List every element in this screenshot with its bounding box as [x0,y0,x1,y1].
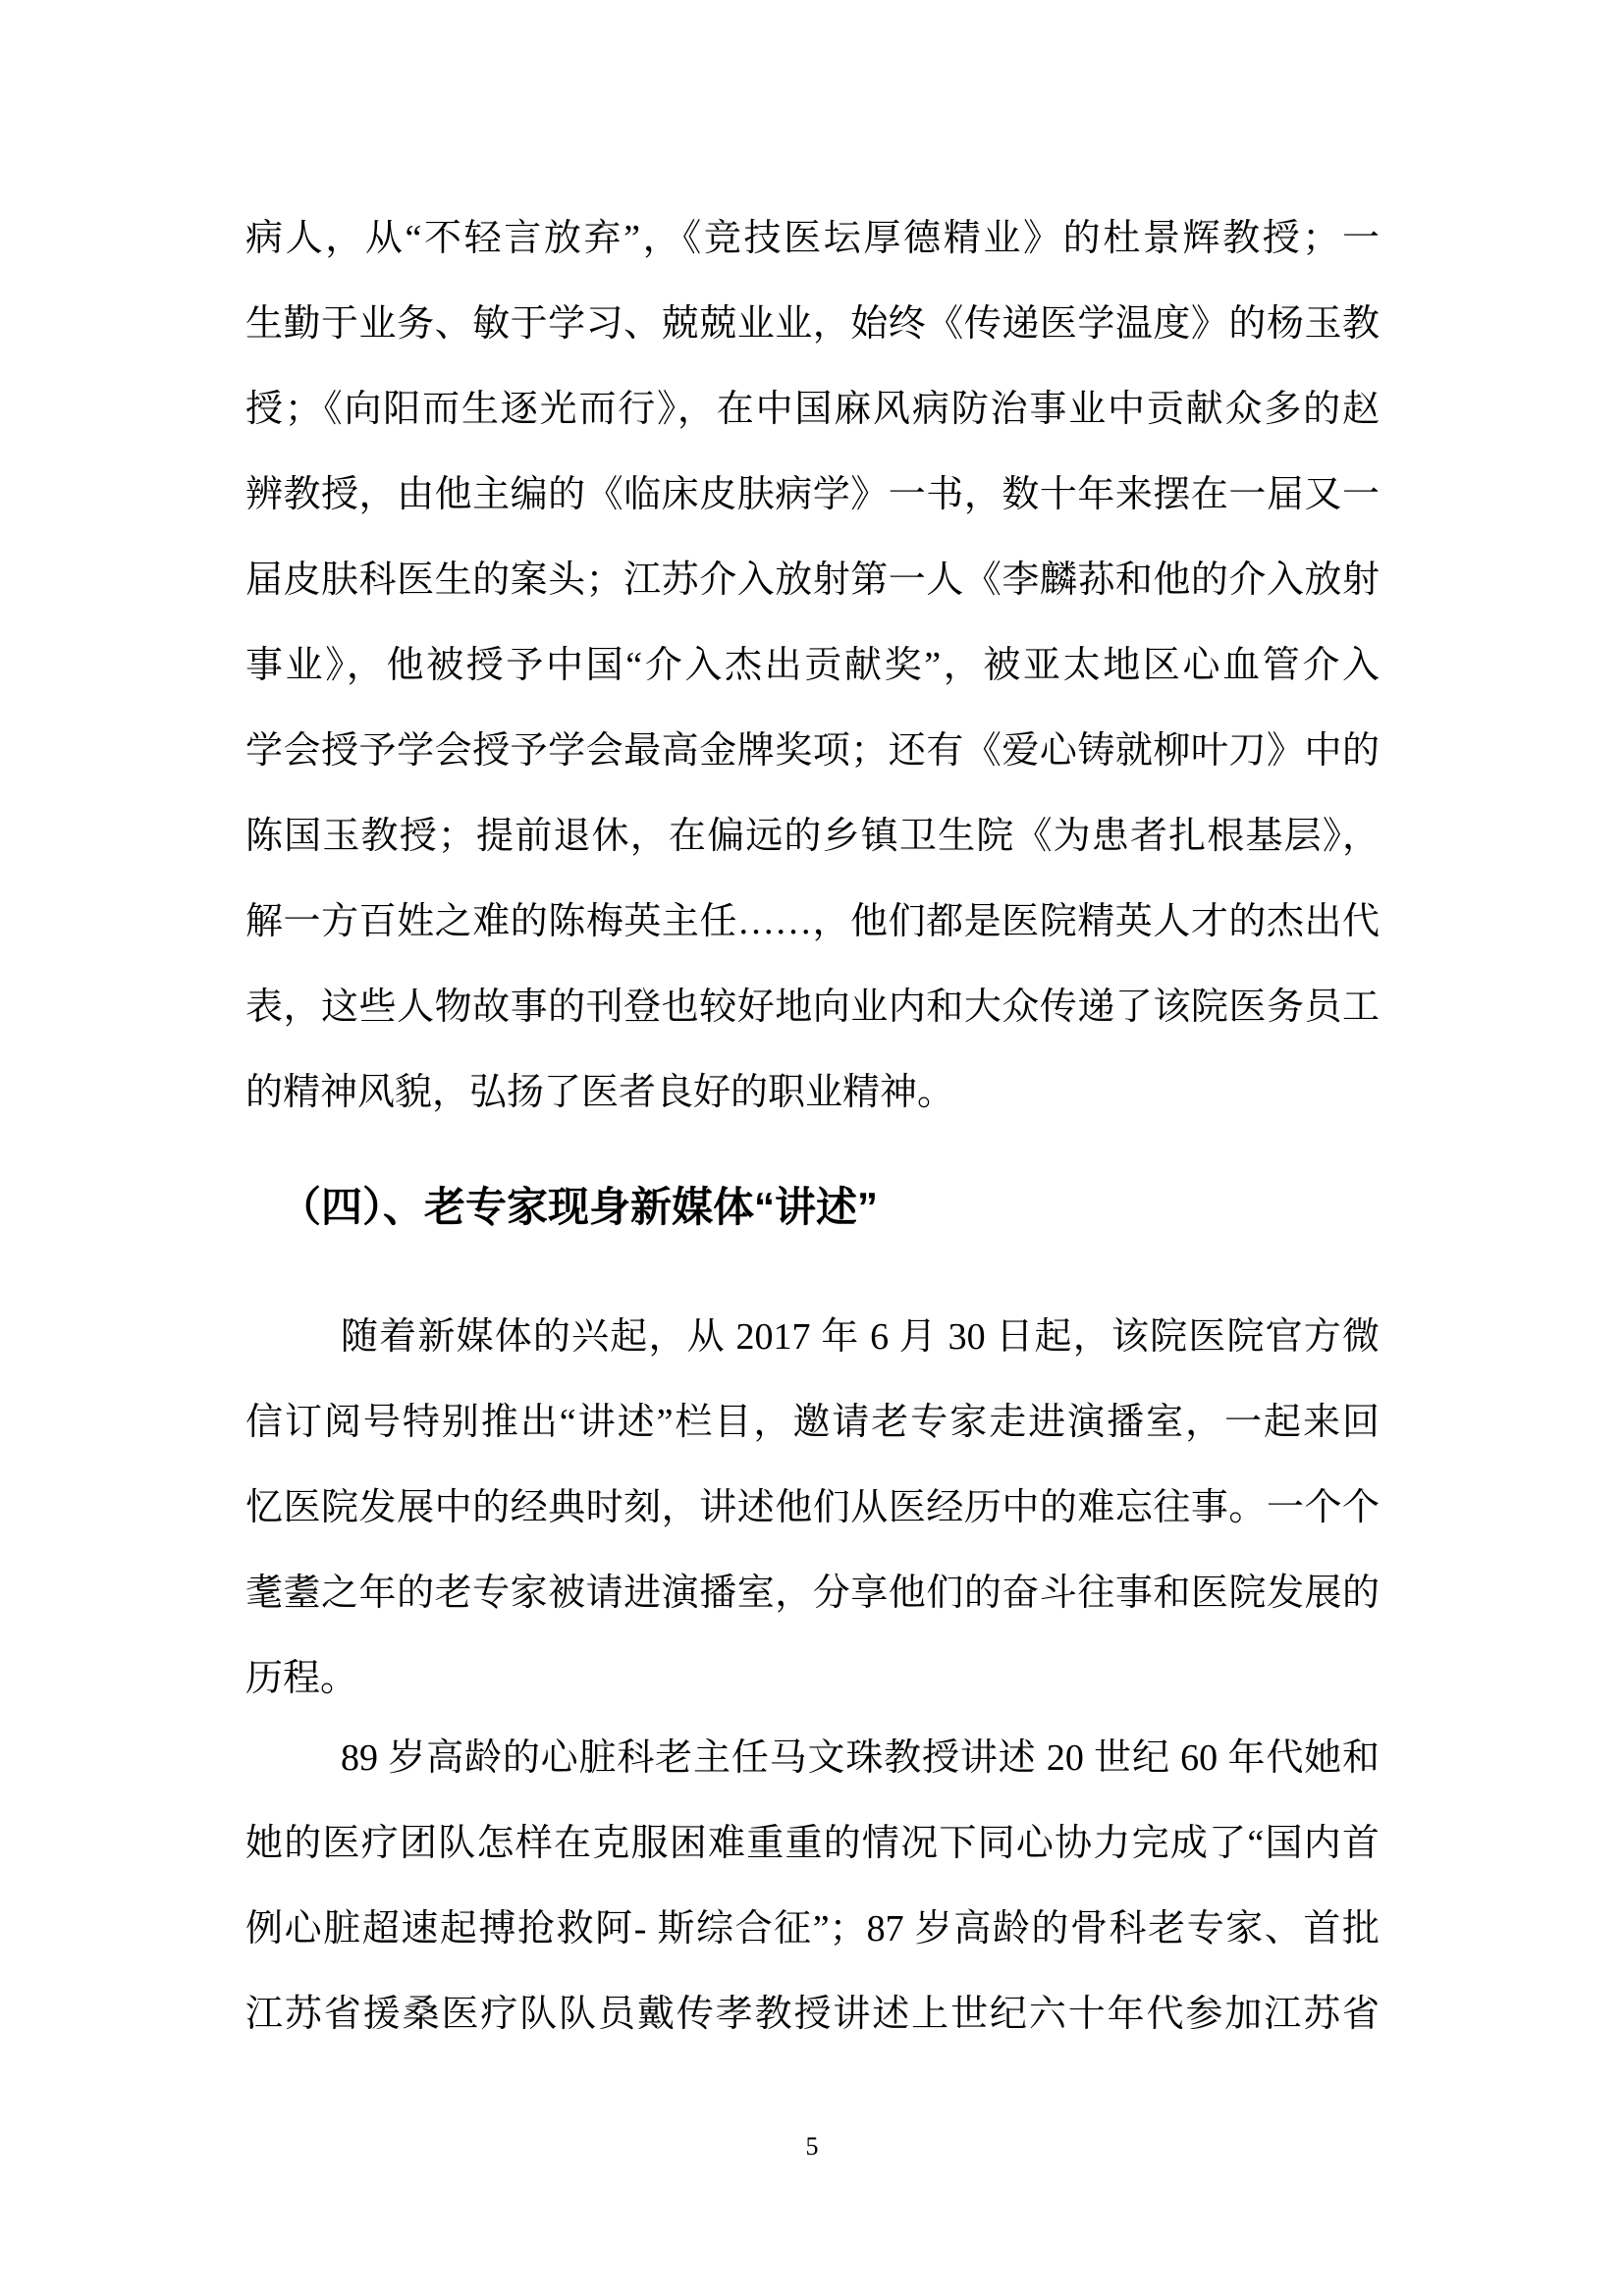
text-line: 生勤于业务、敏于学习、兢兢业业，始终《传递医学温度》的杨玉教 [245,282,1380,367]
section-heading: （四）、老专家现身新媒体“讲述” [245,1164,1414,1250]
text-line: 耄耋之年的老专家被请进演播室，分享他们的奋斗往事和医院发展的 [245,1551,1380,1636]
document-page: 病人，从“不轻言放弃”，《竞技医坛厚德精业》的杜景辉教授；一生勤于业务、敏于学习… [0,0,1624,2296]
paragraph-expert-interviews: 89 岁高龄的心脏科老主任马文珠教授讲述 20 世纪 60 年代她和她的医疗团队… [245,1716,1380,2057]
text-line: 江苏省援桑医疗队队员戴传孝教授讲述上世纪六十年代参加江苏省 [245,1972,1380,2057]
text-line: 随着新媒体的兴起，从 2017 年 6 月 30 日起，该院医院官方微 [245,1295,1380,1380]
text-line: 学会授予学会授予学会最高金牌奖项；还有《爱心铸就柳叶刀》中的 [245,709,1380,794]
text-line: 届皮肤科医生的案头；江苏介入放射第一人《李麟荪和他的介入放射 [245,538,1380,623]
page-number: 5 [0,2132,1624,2162]
text-line: 表，这些人物故事的刊登也较好地向业内和大众传递了该院医务员工 [245,965,1380,1050]
text-line: 病人，从“不轻言放弃”，《竞技医坛厚德精业》的杜景辉教授；一 [245,196,1380,282]
text-line: 解一方百姓之难的陈梅英主任……，他们都是医院精英人才的杰出代 [245,880,1380,965]
text-line: 历程。 [245,1636,1380,1722]
text-line: 事业》，他被授予中国“介入杰出贡献奖”，被亚太地区心血管介入 [245,623,1380,709]
text-line: 她的医疗团队怎样在克服困难重重的情况下同心协力完成了“国内首 [245,1801,1380,1887]
paragraph-experts-stories: 病人，从“不轻言放弃”，《竞技医坛厚德精业》的杜景辉教授；一生勤于业务、敏于学习… [245,196,1380,1136]
text-line: 授；《向阳而生逐光而行》，在中国麻风病防治事业中贡献众多的赵 [245,367,1380,453]
text-line: 例心脏超速起搏抢救阿- 斯综合征”；87 岁高龄的骨科老专家、首批 [245,1887,1380,1972]
text-line: 的精神风貌，弘扬了医者良好的职业精神。 [245,1050,1380,1136]
text-line: 陈国玉教授；提前退休，在偏远的乡镇卫生院《为患者扎根基层》， [245,794,1380,880]
text-line: 辨教授，由他主编的《临床皮肤病学》一书，数十年来摆在一届又一 [245,453,1380,538]
text-line: 信订阅号特别推出“讲述”栏目，邀请老专家走进演播室，一起来回 [245,1380,1380,1466]
text-line: 忆医院发展中的经典时刻，讲述他们从医经历中的难忘往事。一个个 [245,1466,1380,1551]
paragraph-new-media-intro: 随着新媒体的兴起，从 2017 年 6 月 30 日起，该院医院官方微信订阅号特… [245,1295,1380,1722]
text-line: 89 岁高龄的心脏科老主任马文珠教授讲述 20 世纪 60 年代她和 [245,1716,1380,1801]
